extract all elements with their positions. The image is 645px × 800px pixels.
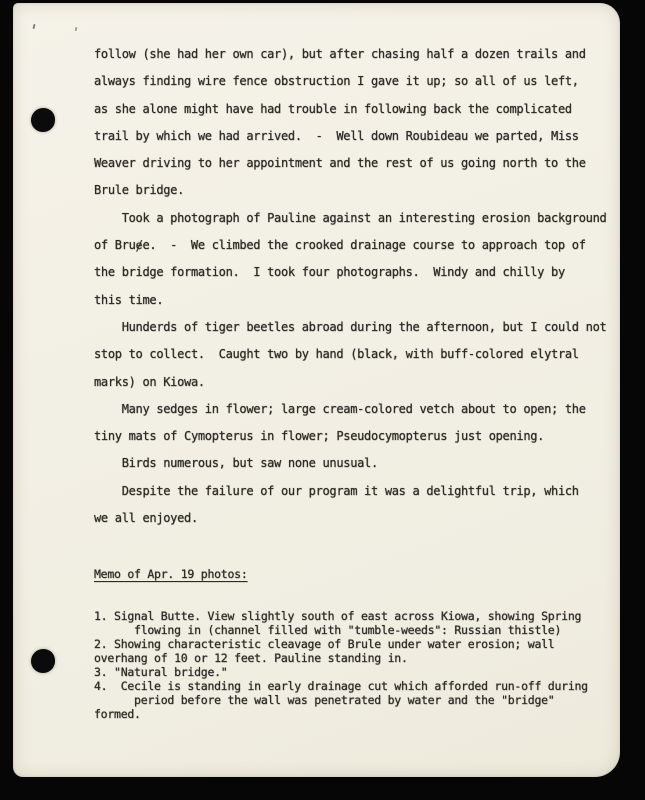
text-line: Many sedges in flower; large cream-color… (94, 396, 606, 423)
text-line: always finding wire fence obstruction I … (94, 68, 606, 95)
text-line: stop to collect. Caught two by hand (bla… (94, 341, 606, 368)
text-line: Took a photograph of Pauline against an … (94, 205, 606, 232)
text-line: overhang of 10 or 12 feet. Pauline stand… (94, 651, 588, 665)
memo-list: 1. Signal Butte. View slightly south of … (94, 609, 588, 721)
scan-background: follow (she had her own car), but after … (0, 0, 645, 800)
memo-heading: Memo of Apr. 19 photos: (94, 567, 588, 581)
text-line: of Bruɇe. - We climbed the crooked drain… (94, 232, 606, 259)
pencil-mark (33, 24, 36, 29)
text-line: flowing in (channel filled with "tumble-… (94, 623, 588, 637)
pencil-mark (75, 27, 78, 31)
text-line: formed. (94, 707, 588, 721)
text-line: the bridge formation. I took four photog… (94, 259, 606, 286)
text-line: this time. (94, 287, 606, 314)
text-line: as she alone might have had trouble in f… (94, 96, 606, 123)
text-line: 3. "Natural bridge." (94, 665, 588, 679)
text-line: Birds numerous, but saw none unusual. (94, 450, 606, 477)
text-line: Despite the failure of our program it wa… (94, 478, 606, 505)
journal-body-text: follow (she had her own car), but after … (94, 41, 606, 532)
text-line: marks) on Kiowa. (94, 369, 606, 396)
text-line: follow (she had her own car), but after … (94, 41, 606, 68)
text-line: tiny mats of Cymopterus in flower; Pseud… (94, 423, 606, 450)
punch-hole-bottom (31, 649, 55, 673)
text-line: 4. Cecile is standing in early drainage … (94, 679, 588, 693)
photo-memo-section: Memo of Apr. 19 photos: 1. Signal Butte.… (94, 539, 588, 749)
text-line: trail by which we had arrived. - Well do… (94, 123, 606, 150)
text-line: Brule bridge. (94, 177, 606, 204)
text-line: we all enjoyed. (94, 505, 606, 532)
text-line: Hunderds of tiger beetles abroad during … (94, 314, 606, 341)
text-line: Weaver driving to her appointment and th… (94, 150, 606, 177)
text-line: 1. Signal Butte. View slightly south of … (94, 609, 588, 623)
punch-hole-top (31, 108, 55, 132)
text-line: period before the wall was penetrated by… (94, 693, 588, 707)
paper-sheet: follow (she had her own car), but after … (13, 3, 620, 777)
text-line: 2. Showing characteristic cleavage of Br… (94, 637, 588, 651)
